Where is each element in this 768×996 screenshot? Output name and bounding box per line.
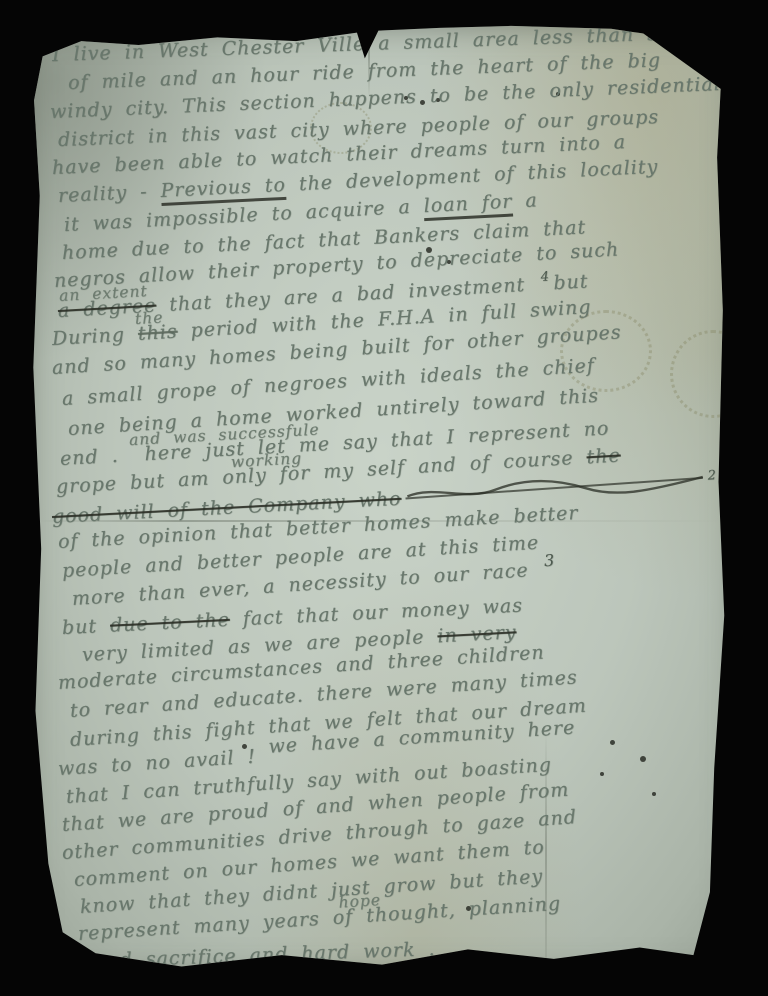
line-text: reality - <box>57 180 161 207</box>
inserted-text: hope <box>338 889 382 914</box>
line-text: but <box>553 270 589 294</box>
struck-text: due to the <box>109 609 230 637</box>
underlined-text: Previous to <box>160 174 287 206</box>
letter-line: and sacrifice and hard work . <box>94 938 436 972</box>
letter-body: I live in West Chester Ville a small are… <box>24 24 740 978</box>
struck-text: the <box>586 444 621 468</box>
superscript-number: 2 <box>707 468 717 483</box>
line-text: end . <box>59 445 119 470</box>
spacer <box>119 460 145 461</box>
superscript-number: 4 <box>540 269 550 284</box>
letter-page: I live in West Chester Ville a small are… <box>24 24 740 978</box>
line-text: but <box>61 615 110 639</box>
line-text: thought, planning <box>366 893 562 927</box>
line-text: and sacrifice and hard work . <box>94 938 436 972</box>
photo-background: { "document": { "kind": "handwritten let… <box>0 0 768 996</box>
line-text: During <box>51 323 138 350</box>
line-text: a <box>512 189 538 212</box>
underlined-text: loan for <box>423 191 513 222</box>
superscript-number: 3 <box>543 551 555 571</box>
inserted-text: the <box>134 306 164 330</box>
inserted-text: working <box>230 447 302 473</box>
